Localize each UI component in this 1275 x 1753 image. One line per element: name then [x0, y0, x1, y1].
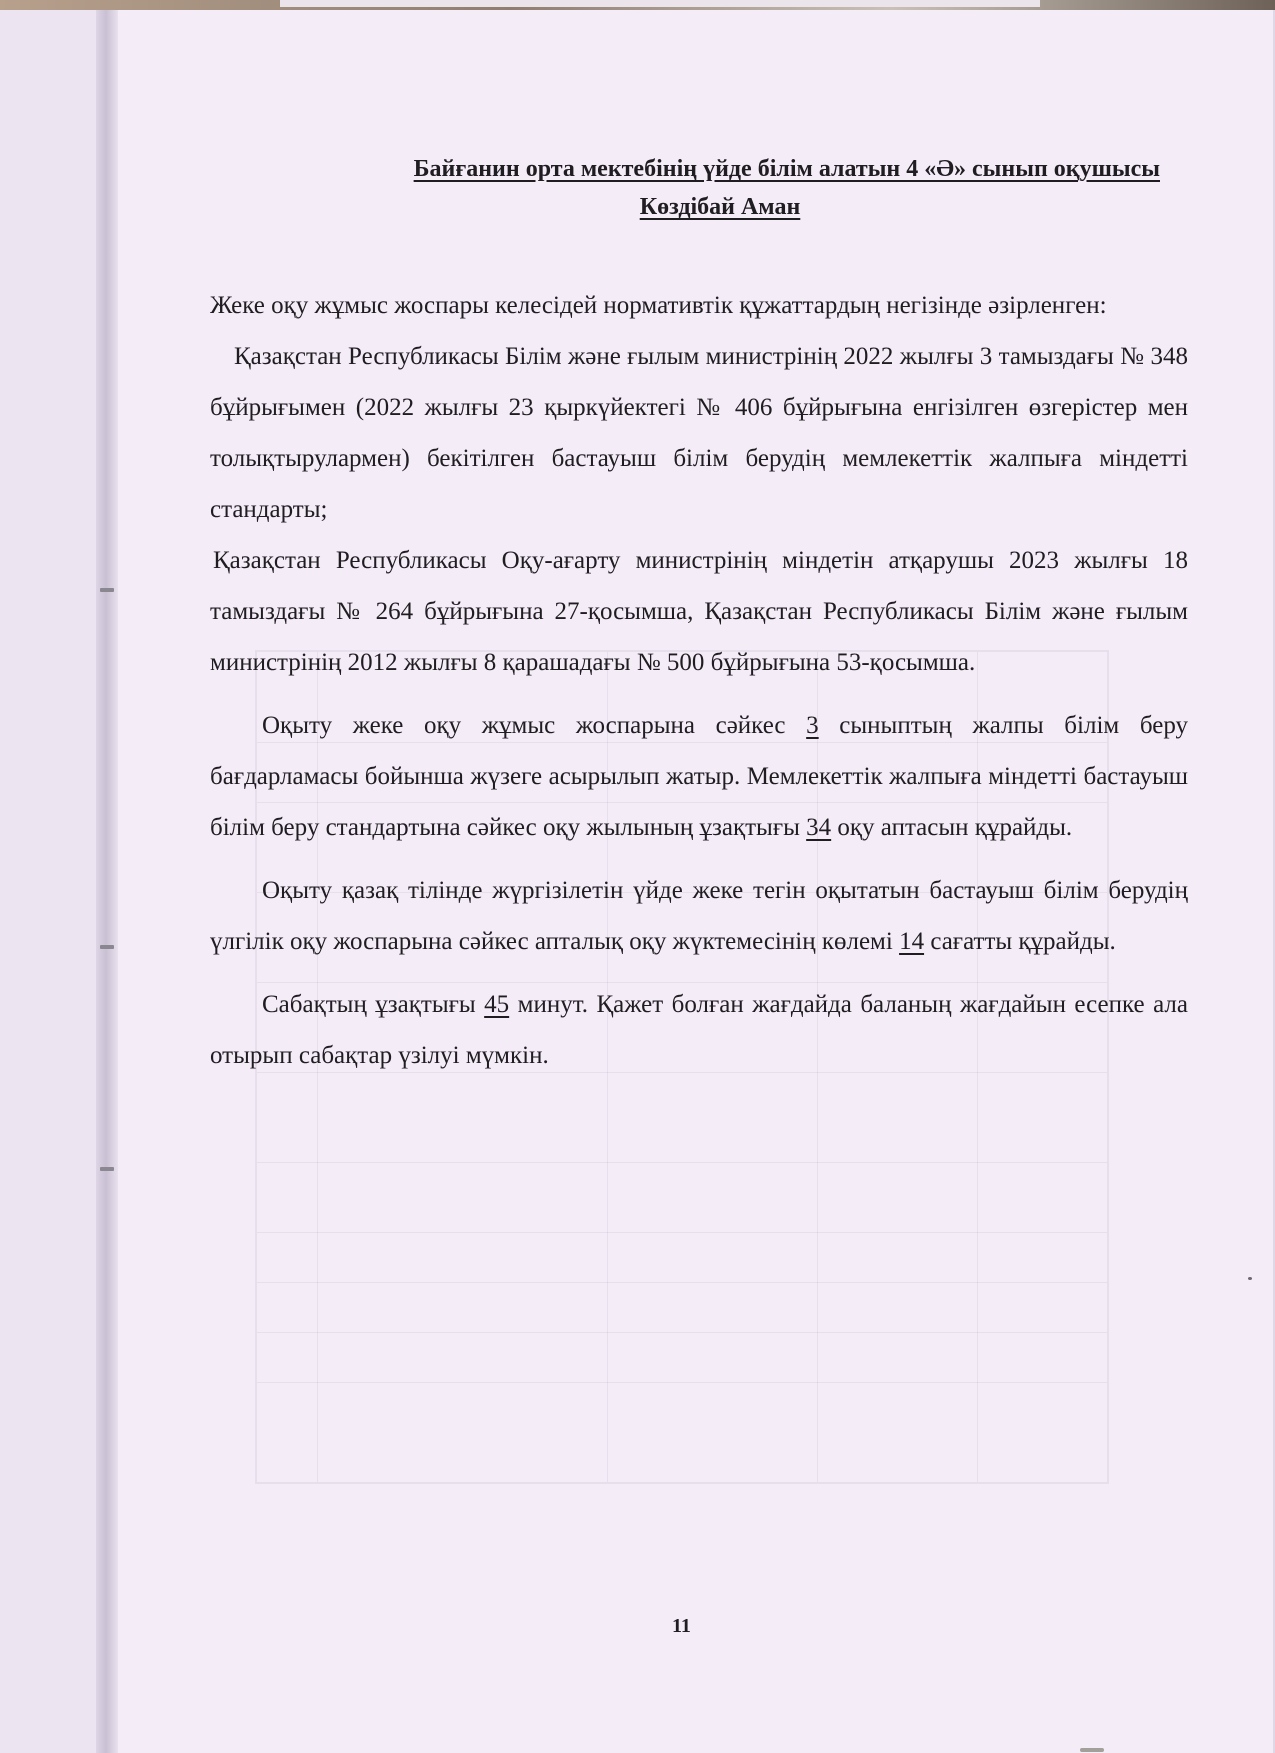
- hours-value: 14: [899, 928, 924, 955]
- document-page: Байғанин орта мектебінің үйде білім алат…: [0, 0, 1275, 1753]
- paragraph-reference-orders: Қазақстан Республикасы Оқу-ағарту минист…: [210, 535, 1188, 688]
- paragraph-intro: Жеке оқу жұмыс жоспары келесідей нормати…: [210, 280, 1188, 331]
- title-school-class: Байғанин орта мектебінің үйде білім алат…: [200, 150, 1160, 188]
- weeks-value: 34: [806, 814, 831, 841]
- text-segment: Сабақтың ұзақтығы: [262, 991, 484, 1018]
- document-body: Жеке оқу жұмыс жоспары келесідей нормати…: [210, 280, 1188, 1081]
- paragraph-lesson-duration: Сабақтың ұзақтығы 45 минут. Қажет болған…: [210, 979, 1188, 1081]
- minutes-value: 45: [484, 991, 509, 1018]
- scan-speck: [1248, 1277, 1252, 1280]
- grade-value: 3: [806, 712, 819, 739]
- text-segment: сағатты құрайды.: [924, 928, 1116, 955]
- document-title: Байғанин орта мектебінің үйде білім алат…: [200, 150, 1160, 226]
- scan-speck: [1080, 1748, 1104, 1752]
- text-segment: оқу аптасын құрайды.: [831, 814, 1072, 841]
- paragraph-workload: Оқыту қазақ тілінде жүргізілетін үйде же…: [210, 865, 1188, 967]
- paragraph-program: Оқыту жеке оқу жұмыс жоспарына сәйкес 3 …: [210, 700, 1188, 853]
- text-segment: Оқыту жеке оқу жұмыс жоспарына сәйкес: [262, 712, 806, 739]
- paragraph-reference-standard: Қазақстан Республикасы Білім және ғылым …: [210, 331, 1188, 535]
- page-number: 11: [672, 1615, 691, 1638]
- title-student-name: Көздібай Аман: [200, 188, 1160, 226]
